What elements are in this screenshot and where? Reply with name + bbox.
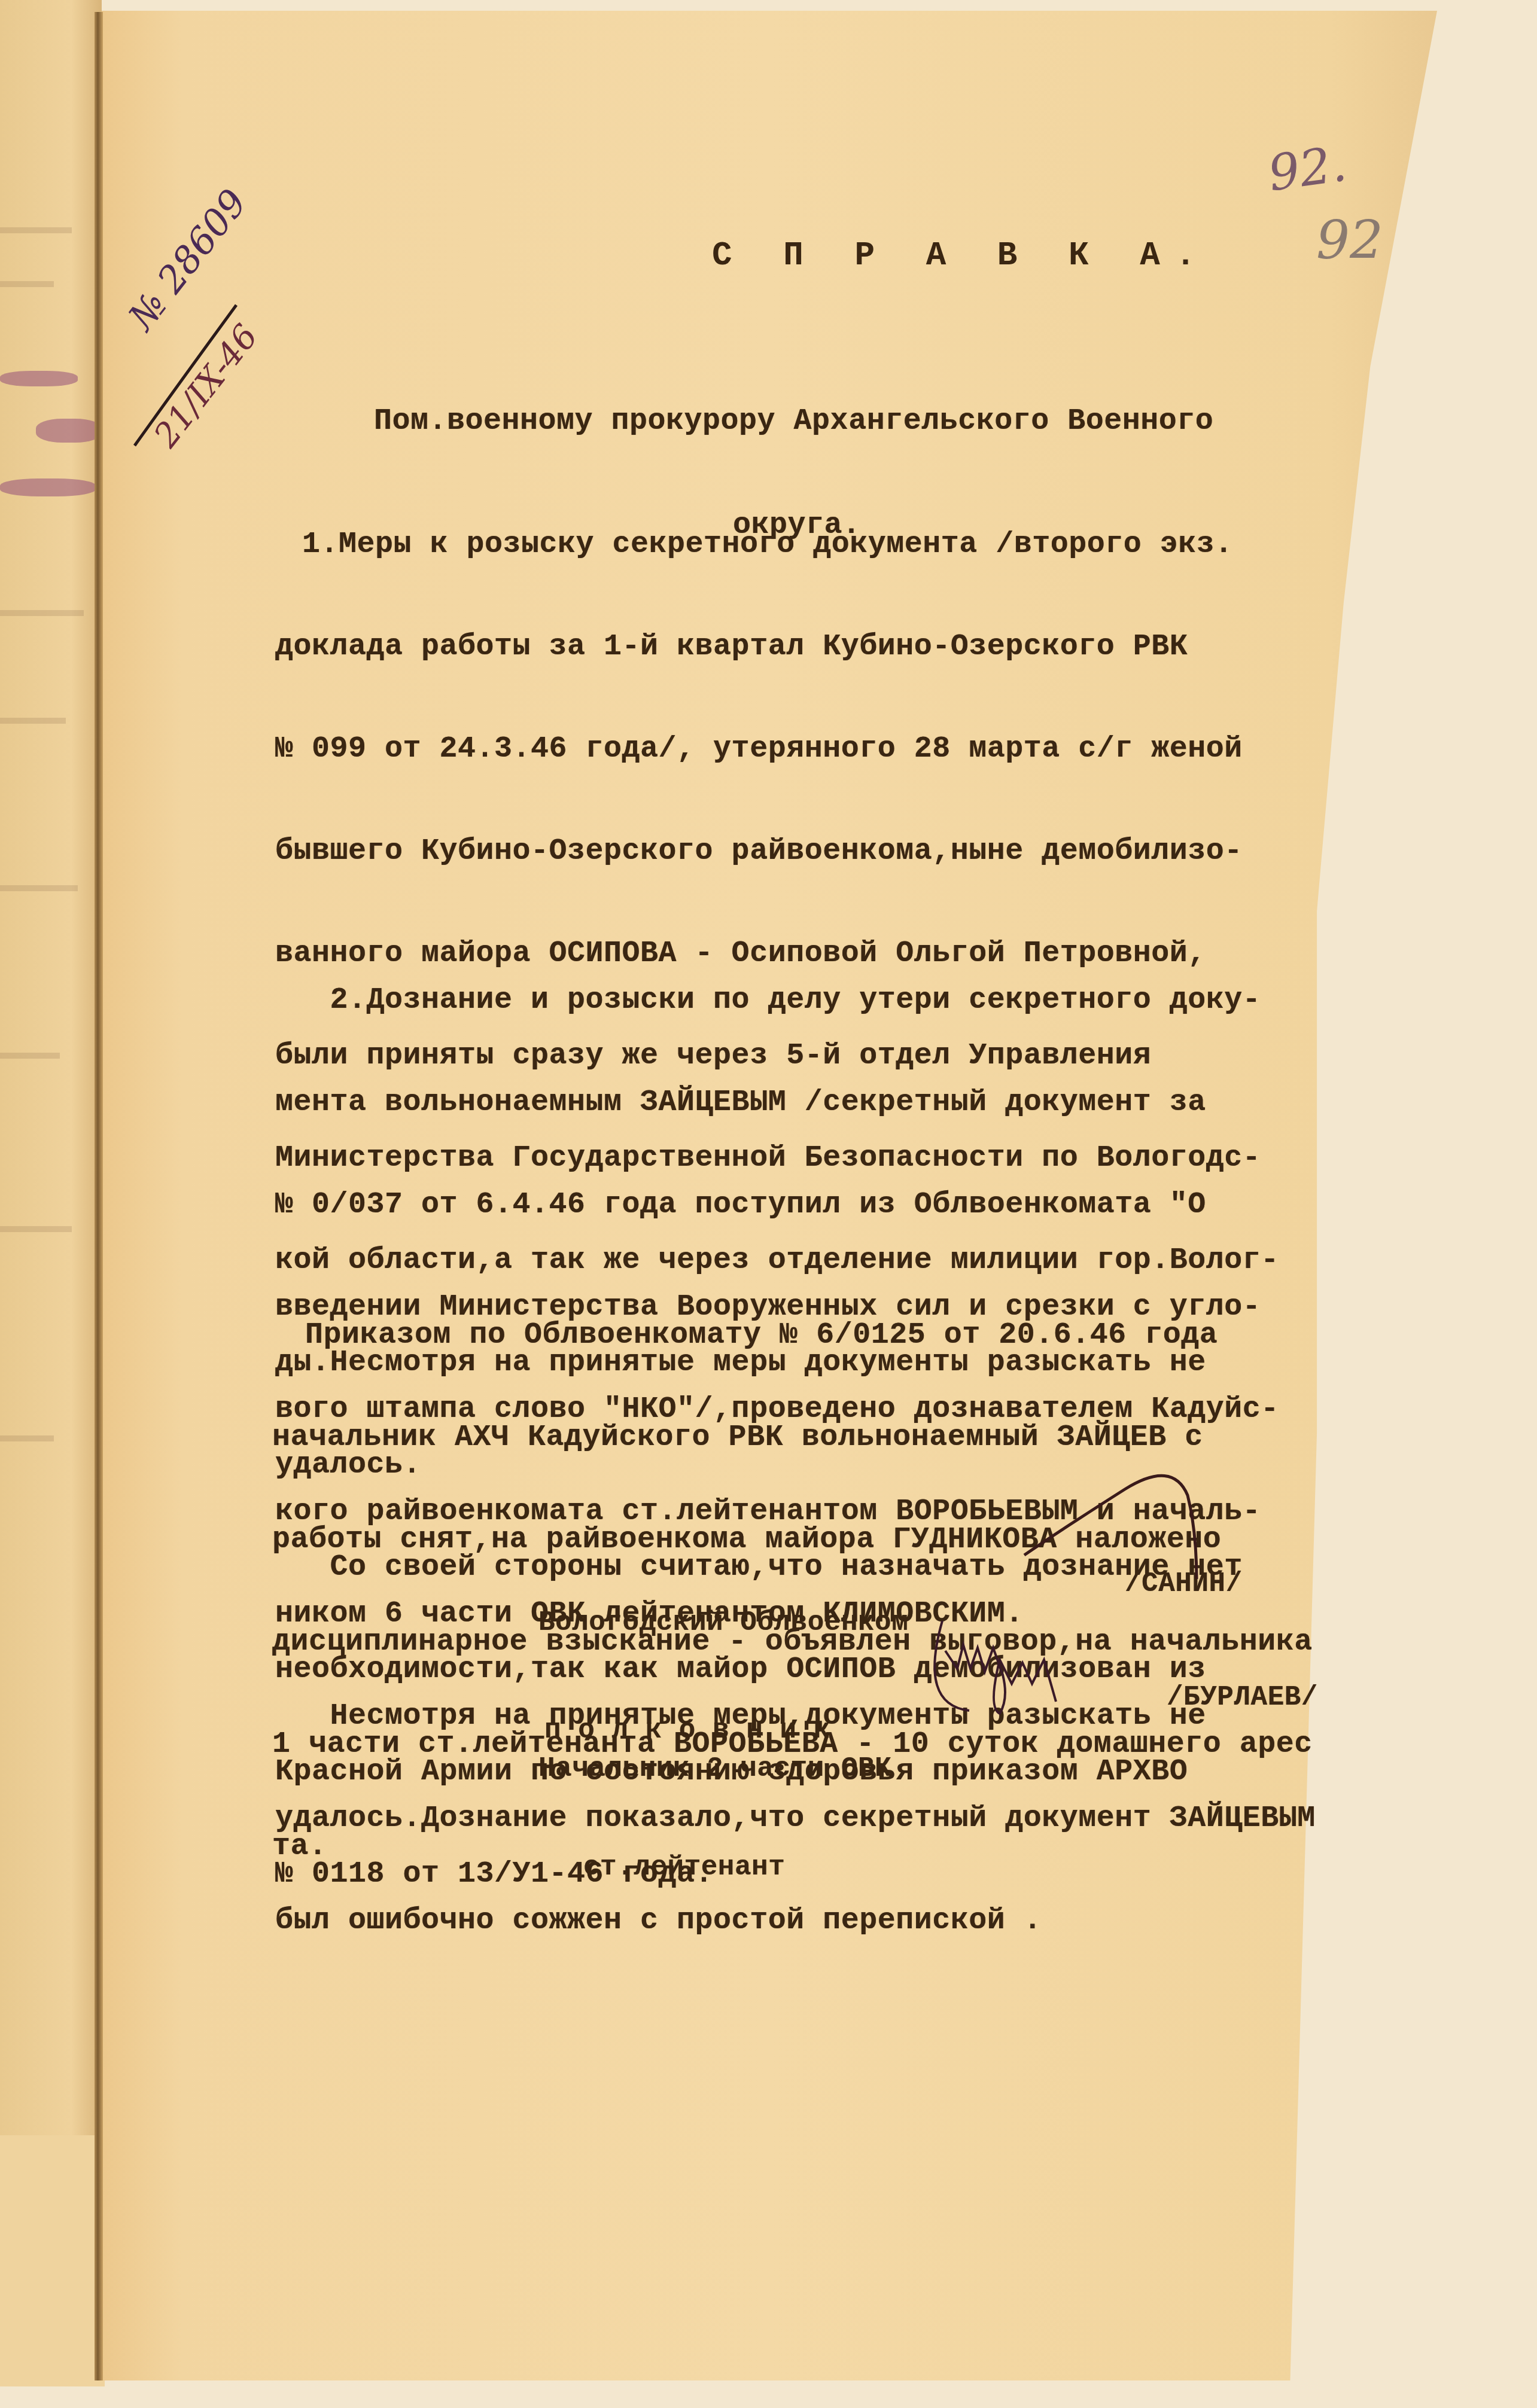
signature-burlaev-icon: [935, 1621, 1056, 1714]
registration-divider-line: [135, 305, 236, 446]
signature-sanin-icon: [1024, 1476, 1197, 1579]
handwritten-strokes: [0, 0, 1537, 2408]
